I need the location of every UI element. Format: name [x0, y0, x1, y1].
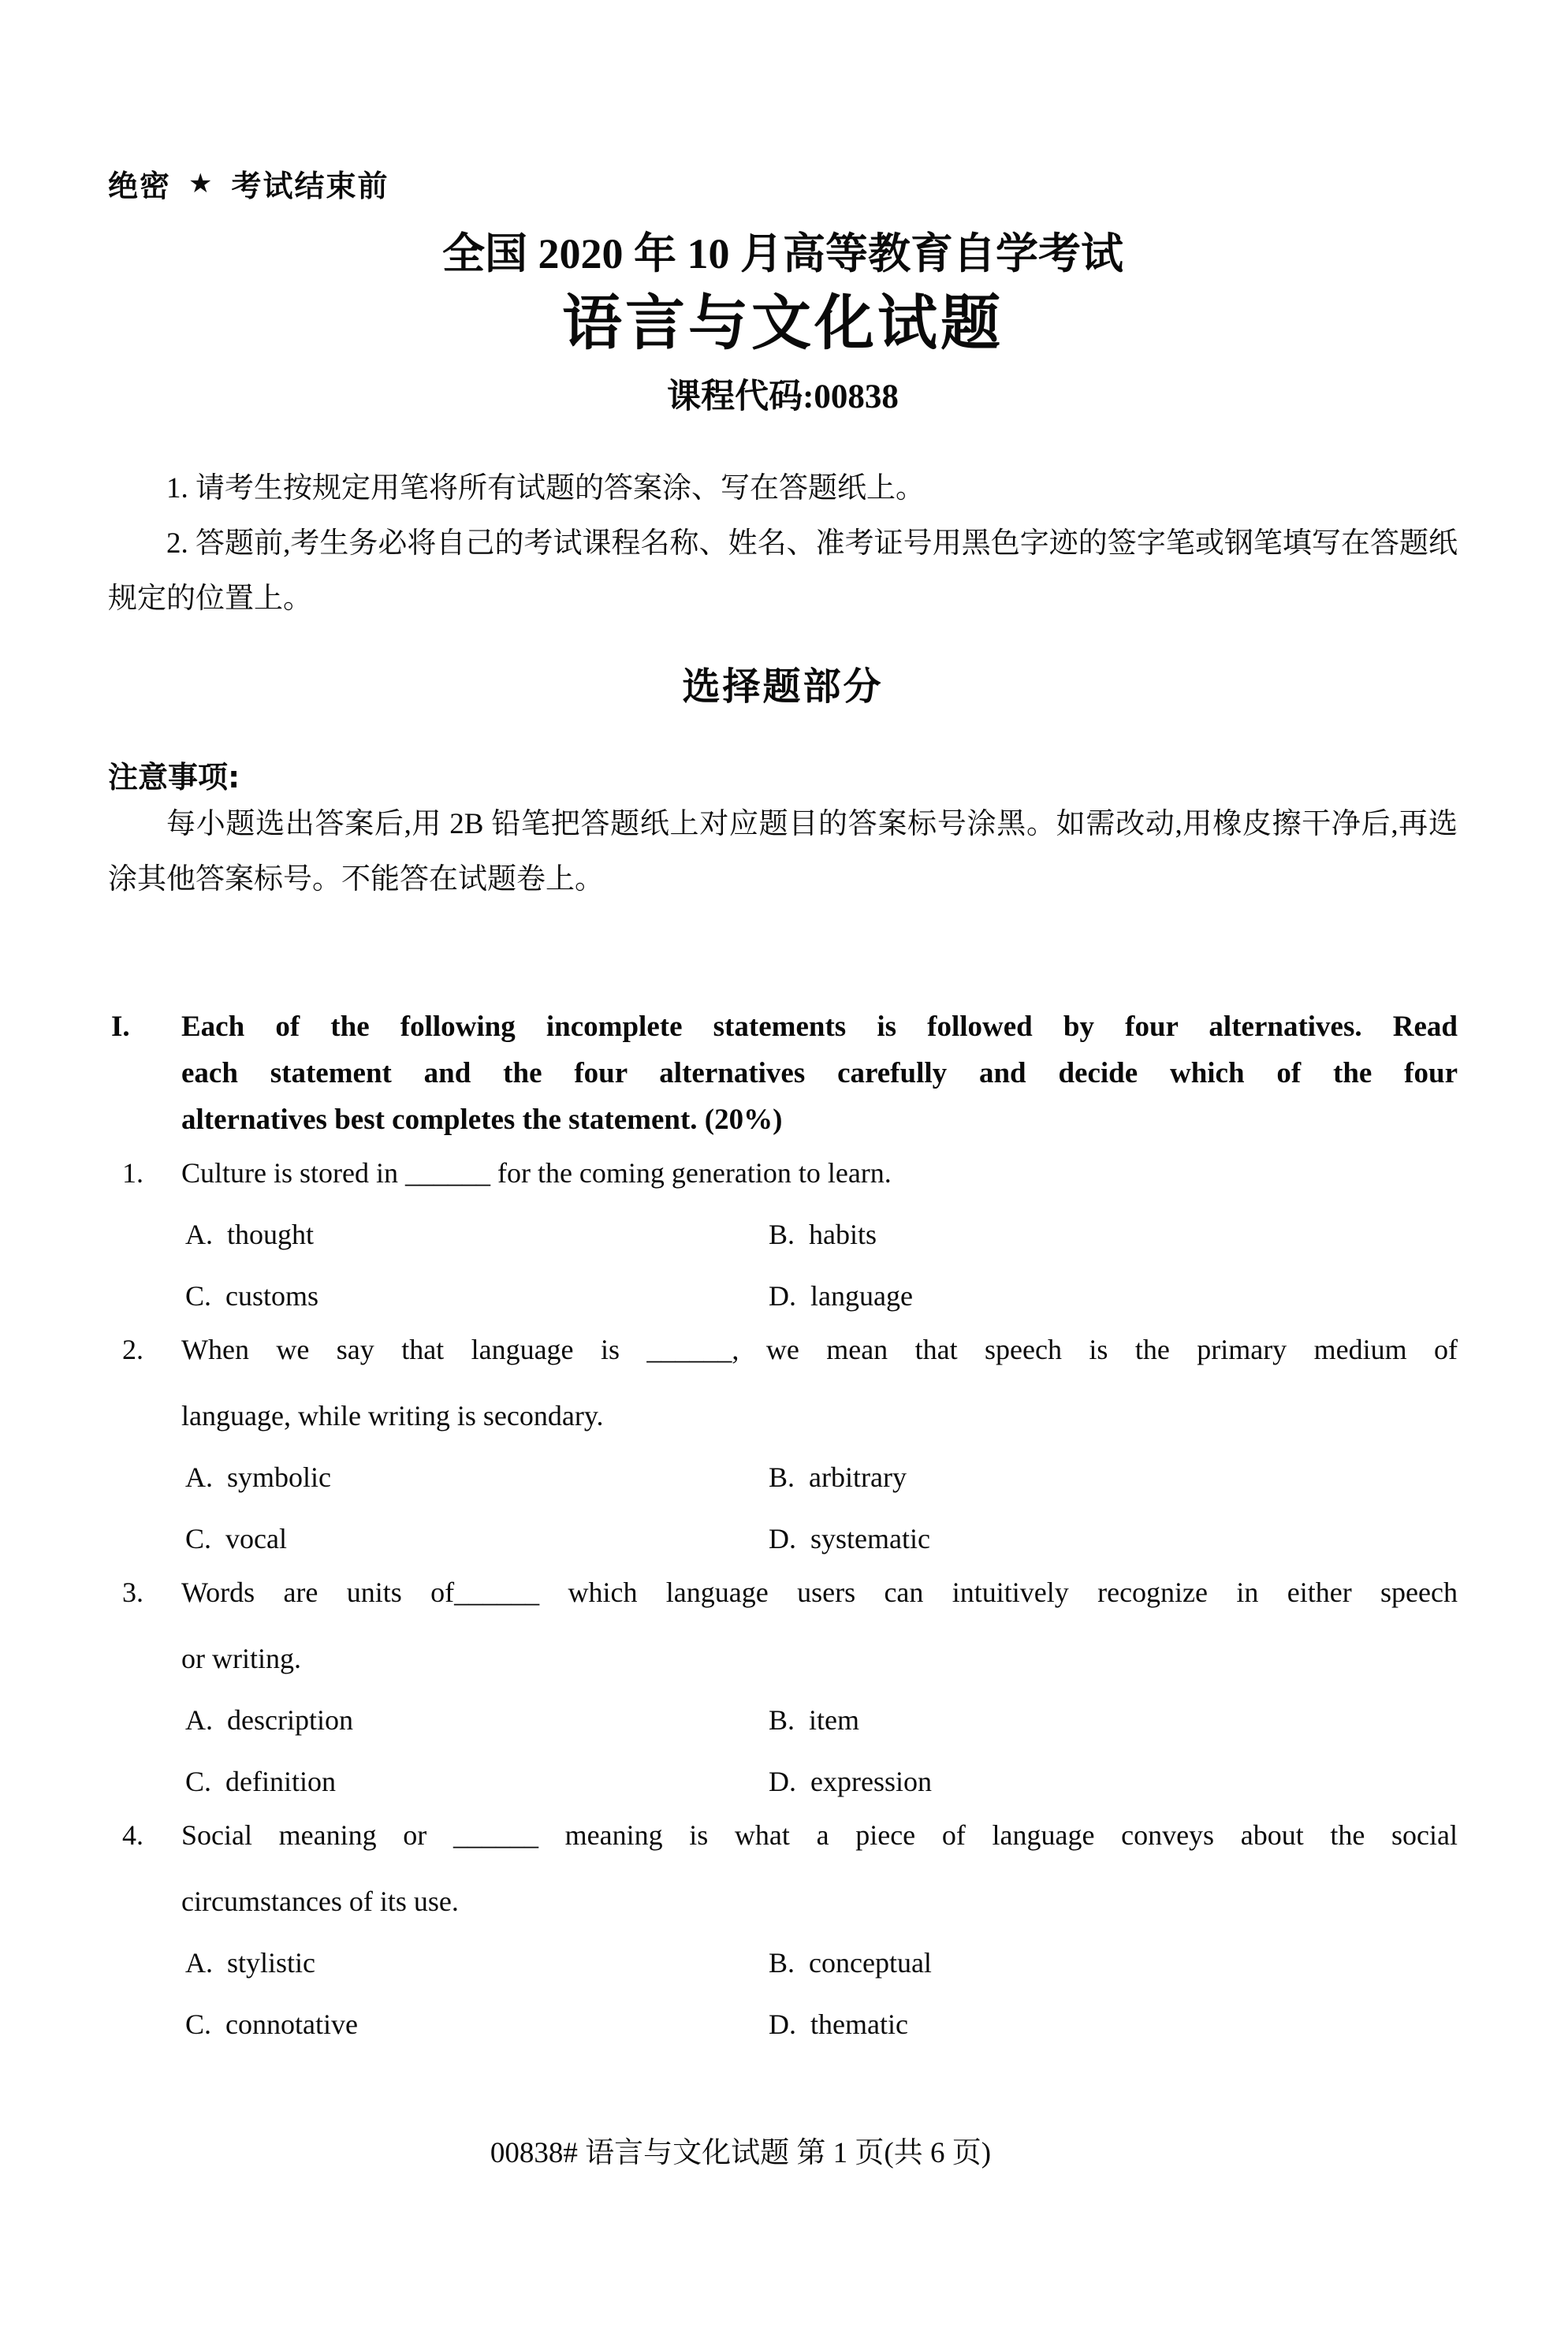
question-2-text: When we say that language is ______, we … — [181, 1326, 1458, 1373]
question-3: 3. Words are units of______ which langua… — [108, 1569, 1458, 1805]
option-row: A. description B. item — [185, 1696, 1458, 1744]
question-3-options: A. description B. item C. definition D. — [185, 1696, 1458, 1805]
option-a-text: symbolic — [227, 1454, 331, 1501]
general-instruction-1: 1. 请考生按规定用笔将所有试题的答案涂、写在答题纸上。 — [108, 461, 1458, 516]
option-c-text: vocal — [225, 1515, 287, 1562]
option-row: C. connotative D. thematic — [185, 2001, 1458, 2048]
question-1-option-c: C. customs — [185, 1272, 769, 1320]
option-c-text: customs — [225, 1272, 318, 1320]
option-b-text: arbitrary — [809, 1454, 907, 1501]
question-1-number: 1. — [108, 1149, 181, 1197]
option-c-text: definition — [225, 1758, 336, 1805]
option-row: C. vocal D. systematic — [185, 1515, 1458, 1562]
section-1-marker: I. — [108, 1003, 181, 1143]
question-1-stem: 1. Culture is stored in ______ for the c… — [108, 1149, 1458, 1197]
question-4-options: A. stylistic B. conceptual C. connotativ… — [185, 1939, 1458, 2048]
option-a-text: thought — [227, 1211, 314, 1258]
question-1-text: Culture is stored in ______ for the comi… — [181, 1149, 1458, 1197]
option-b-label: B. — [769, 1211, 795, 1258]
question-1: 1. Culture is stored in ______ for the c… — [108, 1149, 1458, 1320]
general-instruction-2: 2. 答题前,考生务必将自己的考试课程名称、姓名、准考证号用黑色字迹的签字笔或钢… — [108, 516, 1458, 627]
question-2-option-b: B. arbitrary — [769, 1454, 1458, 1501]
question-1-option-b: B. habits — [769, 1211, 1458, 1258]
option-row: A. symbolic B. arbitrary — [185, 1454, 1458, 1501]
option-row: C. definition D. expression — [185, 1758, 1458, 1805]
question-3-option-d: D. expression — [769, 1758, 1458, 1805]
question-4-text-continued: circumstances of its use. — [181, 1878, 1458, 1925]
question-2-stem: 2. When we say that language is ______, … — [108, 1326, 1458, 1373]
option-a-label: A. — [185, 1696, 213, 1744]
option-a-label: A. — [185, 1939, 213, 1986]
option-d-label: D. — [769, 1515, 796, 1562]
question-2-option-a: A. symbolic — [185, 1454, 769, 1501]
page-content: 绝密 ★ 考试结束前 全国 2020 年 10 月高等教育自学考试 语言与文化试… — [108, 0, 1458, 2048]
option-a-text: description — [227, 1696, 353, 1744]
option-b-label: B. — [769, 1454, 795, 1501]
question-3-text: Words are units of______ which language … — [181, 1569, 1458, 1616]
part-title: 选择题部分 — [108, 665, 1458, 709]
secrecy-label: 绝密 — [108, 162, 171, 205]
option-d-text: language — [810, 1272, 913, 1320]
question-3-option-a: A. description — [185, 1696, 769, 1744]
question-3-stem: 3. Words are units of______ which langua… — [108, 1569, 1458, 1616]
exam-paper-page: 绝密 ★ 考试结束前 全国 2020 年 10 月高等教育自学考试 语言与文化试… — [0, 0, 1568, 2338]
question-2-option-d: D. systematic — [769, 1515, 1458, 1562]
question-4-option-b: B. conceptual — [769, 1939, 1458, 1986]
option-d-label: D. — [769, 1272, 796, 1320]
question-4-option-c: C. connotative — [185, 2001, 769, 2048]
question-4-option-a: A. stylistic — [185, 1939, 769, 1986]
section-1-line-2: each statement and the four alternatives… — [181, 1050, 1458, 1096]
option-row: C. customs D. language — [185, 1272, 1458, 1320]
course-code: 课程代码:00838 — [108, 378, 1458, 417]
option-a-label: A. — [185, 1211, 213, 1258]
option-b-text: habits — [809, 1211, 877, 1258]
paper-title: 语言与文化试题 — [108, 289, 1458, 359]
question-2: 2. When we say that language is ______, … — [108, 1326, 1458, 1562]
option-a-text: stylistic — [227, 1939, 315, 1986]
option-row: A. stylistic B. conceptual — [185, 1939, 1458, 1986]
option-row: A. thought B. habits — [185, 1211, 1458, 1258]
question-3-option-c: C. definition — [185, 1758, 769, 1805]
option-b-text: item — [809, 1696, 859, 1744]
option-b-label: B. — [769, 1939, 795, 1986]
option-c-text: connotative — [225, 2001, 358, 2048]
option-b-text: conceptual — [809, 1939, 932, 1986]
section-1-line-1: Each of the following incomplete stateme… — [181, 1003, 1458, 1050]
question-2-option-c: C. vocal — [185, 1515, 769, 1562]
section-1-heading: I. Each of the following incomplete stat… — [108, 1003, 1458, 1143]
option-b-label: B. — [769, 1696, 795, 1744]
notes-body: 每小题选出答案后,用 2B 铅笔把答题纸上对应题目的答案标号涂黑。如需改动,用橡… — [108, 797, 1458, 907]
secrecy-note: 考试结束前 — [232, 162, 389, 205]
section-1-instruction: Each of the following incomplete stateme… — [181, 1003, 1458, 1143]
exam-title: 全国 2020 年 10 月高等教育自学考试 — [108, 229, 1458, 280]
question-1-option-a: A. thought — [185, 1211, 769, 1258]
option-d-label: D. — [769, 1758, 796, 1805]
question-3-number: 3. — [108, 1569, 181, 1616]
page-footer: 00838# 语言与文化试题 第 1 页(共 6 页) — [0, 2128, 1481, 2171]
question-4: 4. Social meaning or ______ meaning is w… — [108, 1811, 1458, 2048]
question-4-option-d: D. thematic — [769, 2001, 1458, 2048]
option-d-text: expression — [810, 1758, 932, 1805]
question-3-text-continued: or writing. — [181, 1635, 1458, 1682]
option-c-label: C. — [185, 2001, 211, 2048]
question-4-number: 4. — [108, 1811, 181, 1859]
question-4-stem: 4. Social meaning or ______ meaning is w… — [108, 1811, 1458, 1859]
section-1-line-3: alternatives best completes the statemen… — [181, 1096, 1458, 1143]
option-c-label: C. — [185, 1515, 211, 1562]
star-icon: ★ — [188, 168, 214, 199]
option-d-label: D. — [769, 2001, 796, 2048]
notes-title: 注意事项: — [108, 758, 1458, 797]
question-2-text-continued: language, while writing is secondary. — [181, 1392, 1458, 1439]
option-d-text: systematic — [810, 1515, 930, 1562]
option-a-label: A. — [185, 1454, 213, 1501]
question-2-options: A. symbolic B. arbitrary C. vocal D. — [185, 1454, 1458, 1562]
question-1-options: A. thought B. habits C. customs D. — [185, 1211, 1458, 1320]
question-3-option-b: B. item — [769, 1696, 1458, 1744]
question-1-option-d: D. language — [769, 1272, 1458, 1320]
question-4-text: Social meaning or ______ meaning is what… — [181, 1811, 1458, 1859]
secrecy-header: 绝密 ★ 考试结束前 — [108, 162, 1458, 205]
option-d-text: thematic — [810, 2001, 908, 2048]
option-c-label: C. — [185, 1272, 211, 1320]
option-c-label: C. — [185, 1758, 211, 1805]
question-2-number: 2. — [108, 1326, 181, 1373]
